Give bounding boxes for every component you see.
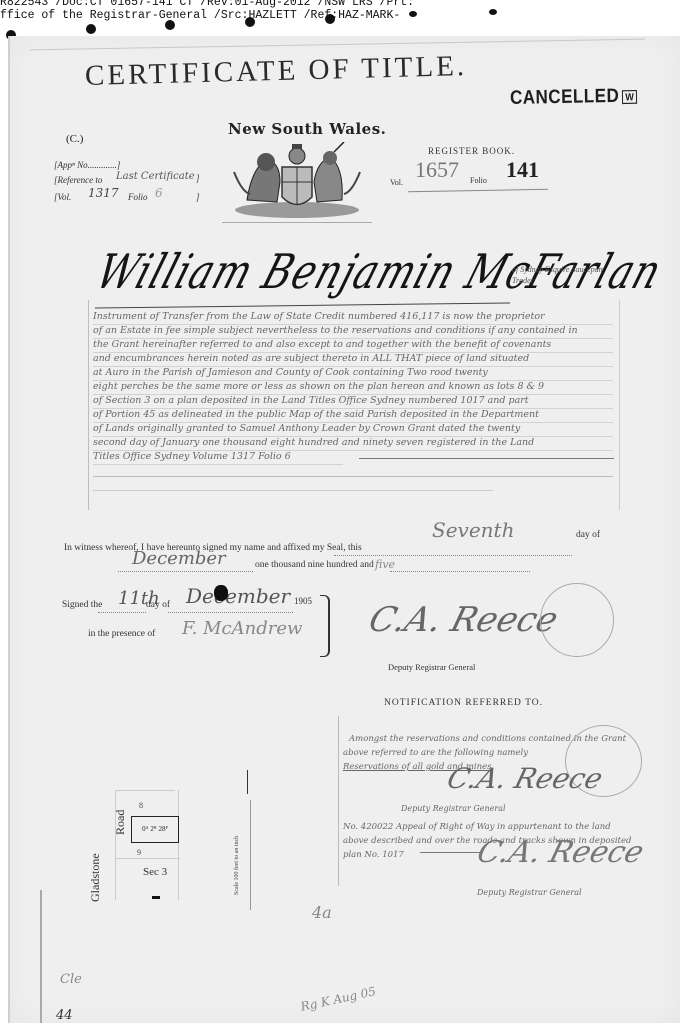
- land-description-line: second day of January one thousand eight…: [93, 436, 613, 451]
- reference-value: Last Certificate: [116, 171, 195, 182]
- registrar-signature: C.A. Reece: [365, 600, 563, 640]
- register-book-label: REGISTER BOOK.: [428, 146, 515, 156]
- notification-line: No. 420022 Appeal of Right of Way in app…: [343, 822, 611, 832]
- plan-lot-9: 9: [137, 848, 141, 857]
- punch-hole-icon: [165, 20, 175, 30]
- vol-label: [Vol.: [54, 192, 71, 202]
- land-description-line: at Auro in the Parish of Jamieson and Co…: [93, 366, 613, 381]
- plan-road-name: Gladstone: [88, 853, 103, 902]
- signed-label: Signed the: [62, 600, 102, 610]
- signature-bracket: [320, 595, 330, 657]
- notification-signature-2: C.A. Reece: [473, 835, 647, 870]
- land-description-line: of Section 3 on a plan deposited in the …: [93, 394, 613, 409]
- pencil-note: 4a: [312, 903, 332, 922]
- land-description-line: of Lands originally granted to Samuel An…: [93, 422, 613, 437]
- land-description-line: Titles Office Sydney Volume 1317 Folio 6: [93, 450, 343, 465]
- witness-month-value: December: [132, 548, 226, 569]
- punch-hole-icon: [409, 11, 417, 17]
- state-name: New South Wales.: [228, 120, 386, 138]
- scan-header: R822543 /Doc:CT 01657-141 CT /Rev:01-Aug…: [0, 0, 700, 32]
- punch-hole-icon: [86, 24, 96, 34]
- punch-hole-icon: [489, 9, 497, 15]
- plan-lot-8: 8: [139, 801, 143, 810]
- application-number-label: [Appⁿ No.............]: [54, 160, 120, 170]
- coat-of-arms-icon: [222, 142, 372, 220]
- land-description-line: of Portion 45 as delineated in the publi…: [93, 408, 613, 423]
- witness-signature: F. McAndrew: [182, 618, 302, 639]
- land-description-line: Instrument of Transfer from the Law of S…: [93, 310, 613, 325]
- punch-hole-icon: [245, 17, 255, 27]
- land-description-line: eight perches be the same more or less a…: [93, 380, 613, 395]
- witness-year-value: five: [375, 558, 395, 571]
- pencil-note: 44: [56, 1008, 73, 1023]
- vol-value: 1317: [88, 186, 119, 200]
- notification-signature-1: C.A. Reece: [444, 762, 607, 795]
- land-description-line: the Grant hereinafter referred to and al…: [93, 338, 613, 353]
- witness-year-text: one thousand nine hundred and: [255, 560, 374, 570]
- cancelled-stamp-text: CANCELLED: [510, 85, 620, 109]
- cancelled-stamp-box: W: [622, 89, 637, 103]
- presence-label: in the presence of: [88, 629, 155, 639]
- witness-day-value: Seventh: [432, 518, 514, 542]
- land-description-line: of an Estate in fee simple subject never…: [93, 324, 613, 339]
- notification-title-2: Deputy Registrar General: [477, 888, 582, 897]
- register-folio-value: 141: [506, 157, 539, 183]
- plan-parcel: 0ᴬ 2ᴿ 28ᴾ: [131, 816, 179, 843]
- registrar-seal-icon: [540, 583, 614, 657]
- plan-scale-note: Scale 100 feet to an inch: [234, 836, 240, 895]
- plan-road-type: Road: [113, 810, 128, 835]
- class-label: (C.): [66, 133, 83, 145]
- land-description: Instrument of Transfer from the Law of S…: [88, 300, 620, 510]
- plan-section: Sec 3: [143, 866, 167, 878]
- notification-title-1: Deputy Registrar General: [401, 804, 506, 813]
- pencil-note: Cle: [60, 972, 82, 987]
- witness-day-of: day of: [576, 530, 600, 540]
- folio-value: 6: [155, 186, 163, 200]
- registrar-title: Deputy Registrar General: [388, 662, 475, 672]
- notification-title: NOTIFICATION REFERRED TO.: [384, 698, 543, 708]
- signed-day-of: day of: [146, 600, 170, 610]
- register-vol-label: Vol.: [390, 178, 403, 187]
- notification-line: plan No. 1017: [343, 850, 404, 860]
- signed-month-value: December: [186, 584, 290, 608]
- notification-line: above referred to are the following name…: [343, 748, 528, 758]
- folio-label: Folio: [128, 192, 148, 202]
- land-description-line: and encumbrances herein noted as are sub…: [93, 352, 613, 367]
- scan-header-line-2: ffice of the Registrar-General /Src:HAZL…: [0, 10, 400, 22]
- punch-hole-icon: [325, 14, 335, 24]
- register-vol-value: 1657: [415, 157, 459, 183]
- register-folio-label: Folio: [470, 176, 487, 185]
- scan-header-line-1: R822543 /Doc:CT 01657-141 CT /Rev:01-Aug…: [0, 0, 414, 9]
- signed-year: 1905: [294, 596, 312, 606]
- reference-label: [Reference to: [54, 175, 102, 185]
- cancelled-stamp: CANCELLEDW: [510, 84, 638, 110]
- owner-description: of Sydney Esquire Saucepan Trader: [512, 264, 622, 286]
